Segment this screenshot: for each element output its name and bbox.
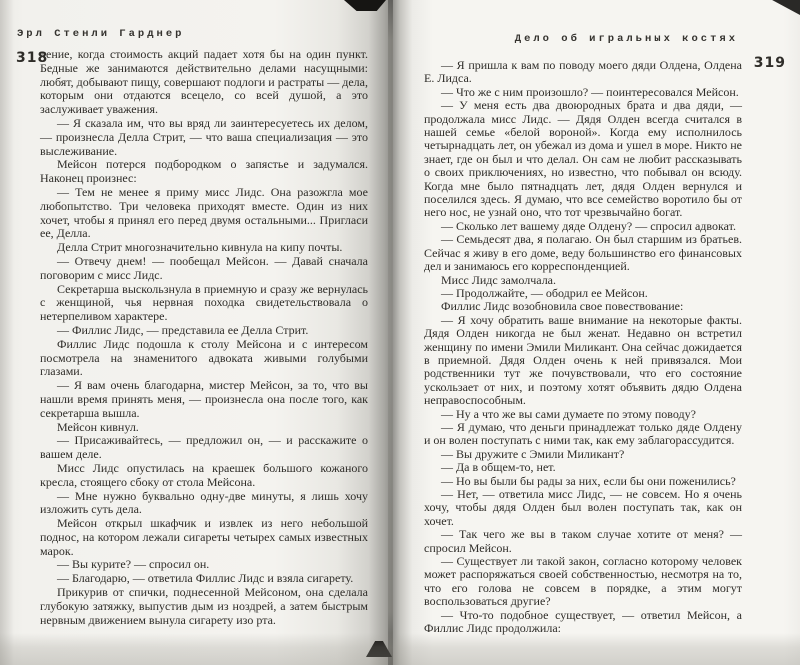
paragraph: — Я сказала им, что вы вряд ли заинтерес… <box>40 117 368 158</box>
paragraph: — Мне нужно буквально одну-две минуты, я… <box>40 490 368 518</box>
paragraph: — Я вам очень благодарна, мистер Мейсон,… <box>40 379 368 420</box>
paragraph: Мейсон открыл шкафчик и извлек из него н… <box>40 517 368 558</box>
book-scan: Эрл Стенли Гарднер 318 Дело об игральных… <box>0 0 800 665</box>
paragraph: — Так чего же вы в таком случае хотите о… <box>424 528 742 555</box>
paragraph: — Существует ли такой закон, согласно ко… <box>424 555 742 609</box>
paragraph: — Вы курите? — спросил он. <box>40 558 368 572</box>
paragraph: Филлис Лидс возобновила свое повествован… <box>424 300 742 313</box>
paragraph: — Но вы были бы рады за них, если бы они… <box>424 475 742 488</box>
paragraph: — Ну а что же вы сами думаете по этому п… <box>424 408 742 421</box>
paragraph: — Тем не менее я приму мисс Лидс. Она ра… <box>40 186 368 241</box>
paragraph: — Вы дружите с Эмили Миликант? <box>424 448 742 461</box>
paragraph: — Присаживайтесь, — предложил он, — и ра… <box>40 434 368 462</box>
page-number-right: 319 <box>754 55 786 71</box>
paragraph: — Я пришла к вам по поводу моего дяди Ол… <box>424 59 742 86</box>
book-spine-shadow <box>388 0 393 665</box>
paragraph: Мейсон кивнул. <box>40 421 368 435</box>
paragraph: ление, когда стоимость акций падает хотя… <box>40 48 368 117</box>
paragraph: — Я думаю, что деньги принадлежат только… <box>424 421 742 448</box>
paragraph: Филлис Лидс подошла к столу Мейсона и с … <box>40 338 368 379</box>
paragraph: — Филлис Лидс, — представила ее Делла Ст… <box>40 324 368 338</box>
running-header-right: Дело об игральных костях <box>515 33 738 45</box>
running-header-left: Эрл Стенли Гарднер <box>17 28 184 40</box>
bottom-edge-shade <box>0 633 800 665</box>
paragraph: — Отвечу днем! — пообещал Мейсон. — Дава… <box>40 255 368 283</box>
paragraph: — Что же с ним произошло? — поинтересова… <box>424 86 742 99</box>
paragraph: — У меня есть два двоюродных брата и два… <box>424 99 742 220</box>
paragraph: — Семьдесят два, я полагаю. Он был старш… <box>424 233 742 273</box>
paragraph: — Сколько лет вашему дяде Олдену? — спро… <box>424 220 742 233</box>
left-edge-shade <box>0 0 14 665</box>
paragraph: — Продолжайте, — ободрил ее Мейсон. <box>424 287 742 300</box>
paragraph: Прикурив от спички, поднесенной Мейсоном… <box>40 586 368 627</box>
paragraph: Секретарша выскользнула в приемную и сра… <box>40 283 368 324</box>
paragraph: Мисс Лидс опустилась на краешек большого… <box>40 462 368 490</box>
paragraph: Делла Стрит многозначительно кивнула на … <box>40 241 368 255</box>
paragraph: — Я хочу обратить ваше внимание на некот… <box>424 314 742 408</box>
paragraph: — Что-то подобное существует, — ответил … <box>424 609 742 636</box>
paragraph: Мейсон потерся подбородком о запястье и … <box>40 158 368 186</box>
paragraph: — Да в общем-то, нет. <box>424 461 742 474</box>
paragraph: — Нет, — ответила мисс Лидс, — не совсем… <box>424 488 742 528</box>
paragraph: — Благодарю, — ответила Филлис Лидс и вз… <box>40 572 368 586</box>
page-text-right: — Я пришла к вам по поводу моего дяди Ол… <box>424 59 742 635</box>
paragraph: Мисс Лидс замолчала. <box>424 274 742 287</box>
page-text-left: ление, когда стоимость акций падает хотя… <box>40 48 368 627</box>
